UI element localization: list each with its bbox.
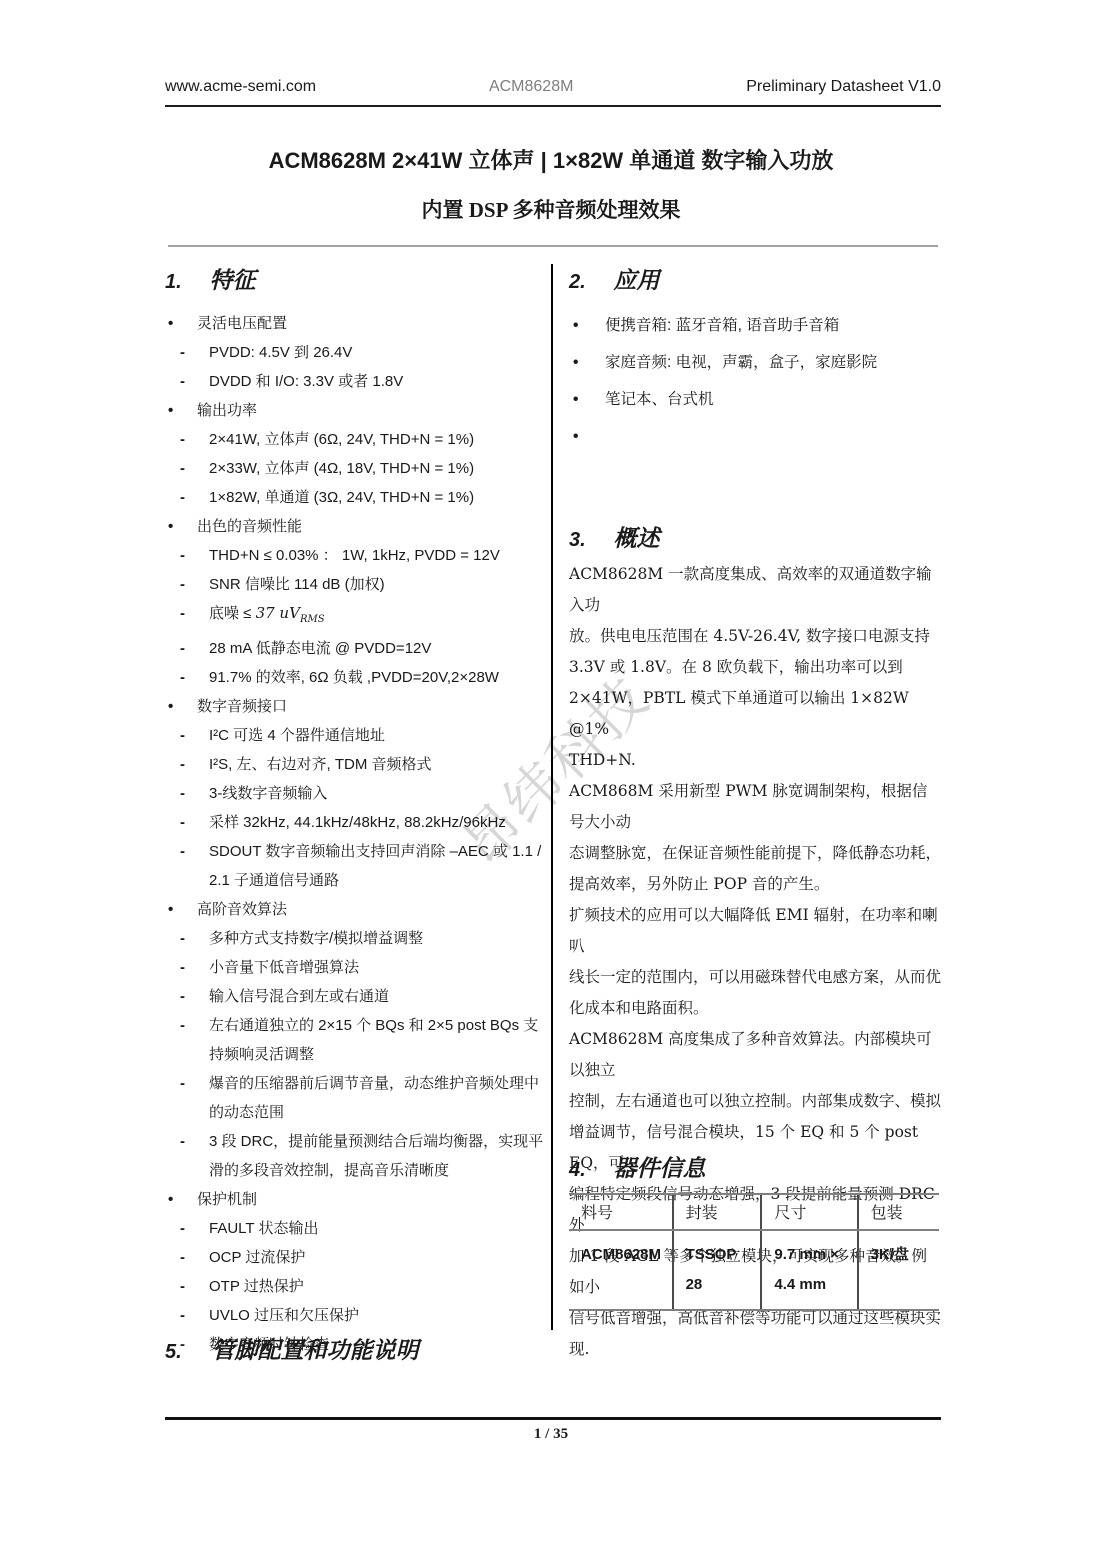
dash-marker: - [180,779,185,808]
application-item: •笔记本、台式机 [569,381,941,418]
section-title: 管脚配置和功能说明 [211,1337,418,1363]
dash-marker: - [180,982,185,1011]
item-text: THD+N ≤ 0.03% ： 1W, 1kHz, PVDD = 12V [209,547,500,564]
header-rule [165,105,941,107]
table-header-cell: 封装 [673,1194,762,1230]
feature-item: -FAULT 状态输出 [165,1214,550,1243]
item-text: 笔记本、台式机 [605,391,714,408]
application-item: •家庭音频: 电视，声霸，盒子，家庭影院 [569,344,941,381]
application-item: •便携音箱: 蓝牙音箱, 语音助手音箱 [569,307,941,344]
item-text: UVLO 过压和欠压保护 [209,1307,359,1324]
section-device-info-heading: 4. 器件信息 [569,1150,941,1183]
dash-marker: - [180,1214,185,1243]
dash-marker: - [180,837,185,866]
section-applications-heading: 2. 应用 [569,262,941,295]
device-info-table: 料号封装尺寸包装ACM8628MTSSOP 289.7 mm × 4.4 mm3… [569,1193,939,1311]
feature-item: -输入信号混合到左或右通道 [165,982,550,1011]
section-applications: 2. 应用 •便携音箱: 蓝牙音箱, 语音助手音箱•家庭音频: 电视，声霸，盒子… [569,262,941,455]
bullet-marker: • [168,692,173,721]
footer-rule [165,1417,941,1420]
column-divider [551,264,553,1330]
table-header-cell: 尺寸 [761,1194,857,1230]
feature-item: -2×33W, 立体声 (4Ω, 18V, THD+N = 1%) [165,454,550,483]
item-text: 输出功率 [197,402,257,419]
dash-marker: - [180,483,185,512]
header-site-url: www.acme-semi.com [165,78,316,96]
dash-marker: - [180,367,185,396]
dash-marker: - [180,570,185,599]
feature-item: -UVLO 过压和欠压保护 [165,1301,550,1330]
dash-marker: - [180,721,185,750]
section-title: 概述 [613,525,659,551]
section-title: 应用 [613,267,659,293]
feature-item: -小音量下低音增强算法 [165,953,550,982]
feature-item: -爆音的压缩器前后调节音量，动态维护音频处理中 的动态范围 [165,1069,550,1127]
feature-item: -1×82W, 单通道 (3Ω, 24V, THD+N = 1%) [165,483,550,512]
feature-item: -DVDD 和 I/O: 3.3V 或者 1.8V [165,367,550,396]
feature-item: -28 mA 低静态电流 @ PVDD=12V [165,634,550,663]
item-text: 出色的音频性能 [197,518,302,535]
document-title: ACM8628M 2×41W 立体声 | 1×82W 单通道 数字输入功放 [0,144,1102,175]
dash-marker: - [180,953,185,982]
item-text: 输入信号混合到左或右通道 [209,988,389,1005]
dash-marker: - [180,1301,185,1330]
feature-item: -OTP 过热保护 [165,1272,550,1301]
dash-marker: - [180,1272,185,1301]
dash-marker: - [180,425,185,454]
item-text: 28 mA 低静态电流 @ PVDD=12V [209,640,431,657]
feature-item: -2×41W, 立体声 (6Ω, 24V, THD+N = 1%) [165,425,550,454]
overview-paragraph: ACM8628M 一款高度集成、高效率的双通道数字输入功 放。供电电压范围在 4… [569,559,941,776]
feature-item: -OCP 过流保护 [165,1243,550,1272]
item-text: 1×82W, 单通道 (3Ω, 24V, THD+N = 1%) [209,489,474,506]
item-text: 2×33W, 立体声 (4Ω, 18V, THD+N = 1%) [209,460,474,477]
item-text: I²C 可选 4 个器件通信地址 [209,727,385,744]
item-text: 3 段 DRC，提前能量预测结合后端均衡器，实现平 滑的多段音效控制，提高音乐清… [209,1133,543,1179]
section-title: 器件信息 [613,1155,705,1181]
page-number: 1 / 35 [0,1426,1102,1443]
bullet-marker: • [573,307,578,344]
feature-item: -多种方式支持数字/模拟增益调整 [165,924,550,953]
datasheet-page: 昂纬科技 www.acme-semi.com ACM8628M Prelimin… [0,0,1102,1559]
item-text: 多种方式支持数字/模拟增益调整 [209,930,423,947]
bullet-marker: • [573,418,578,455]
feature-item: •出色的音频性能 [165,512,550,541]
dash-marker: - [180,338,185,367]
dash-marker: - [180,634,185,663]
item-text: FAULT 状态输出 [209,1220,318,1237]
feature-item: -PVDD: 4.5V 到 26.4V [165,338,550,367]
item-text: 3-线数字音频输入 [209,785,327,802]
dash-marker: - [180,599,185,628]
table-row: ACM8628MTSSOP 289.7 mm × 4.4 mm3K/盘 [569,1230,939,1310]
section-overview-heading: 3. 概述 [569,520,941,553]
item-text: DVDD 和 I/O: 3.3V 或者 1.8V [209,373,403,390]
dash-marker: - [180,924,185,953]
header-part-number: ACM8628M [489,78,573,96]
bullet-marker: • [573,344,578,381]
dash-marker: - [180,454,185,483]
table-header-cell: 料号 [569,1194,673,1230]
table-cell: 9.7 mm × 4.4 mm [761,1230,857,1310]
dash-marker: - [180,1011,185,1040]
feature-item: -I²C 可选 4 个器件通信地址 [165,721,550,750]
feature-item: -91.7% 的效率, 6Ω 负载 ,PVDD=20V,2×28W [165,663,550,692]
overview-paragraph: 扩频技术的应用可以大幅降低 EMI 辐射，在功率和喇叭 线长一定的范围内，可以用… [569,900,941,1024]
item-text: 底噪 ≤ [209,605,256,622]
table-cell: 3K/盘 [858,1230,939,1310]
item-text: OTP 过热保护 [209,1278,304,1295]
item-text: I²S, 左、右边对齐, TDM 音频格式 [209,756,432,773]
section-number: 1. [165,271,205,294]
table-cell: TSSOP 28 [673,1230,762,1310]
item-text: 灵活电压配置 [197,315,287,332]
feature-item: •保护机制 [165,1185,550,1214]
bullet-marker: • [168,895,173,924]
feature-item: •灵活电压配置 [165,309,550,338]
section-pin-config-heading: 5. 管脚配置和功能说明 [165,1332,418,1365]
feature-item: •输出功率 [165,396,550,425]
item-text: OCP 过流保护 [209,1249,305,1266]
feature-item: -采样 32kHz, 44.1kHz/48kHz, 88.2kHz/96kHz [165,808,550,837]
dash-marker: - [180,750,185,779]
item-text: 保护机制 [197,1191,257,1208]
document-subtitle: 内置 DSP 多种音频处理效果 [0,194,1102,224]
title-rule [168,245,938,247]
bullet-marker: • [168,1185,173,1214]
overview-paragraph: ACM868M 采用新型 PWM 脉宽调制架构，根据信号大小动 态调整脉宽，在保… [569,776,941,900]
item-text: 便携音箱: 蓝牙音箱, 语音助手音箱 [605,317,839,334]
dash-marker: - [180,808,185,837]
section-device-info: 4. 器件信息 料号封装尺寸包装ACM8628MTSSOP 289.7 mm ×… [569,1150,941,1311]
bullet-marker: • [168,309,173,338]
dash-marker: - [180,541,185,570]
item-text: 2×41W, 立体声 (6Ω, 24V, THD+N = 1%) [209,431,474,448]
dash-marker: - [180,1243,185,1272]
item-text: 小音量下低音增强算法 [209,959,359,976]
dash-marker: - [180,1127,185,1156]
feature-item: -左右通道独立的 2×15 个 BQs 和 2×5 post BQs 支 持频响… [165,1011,550,1069]
feature-item: -I²S, 左、右边对齐, TDM 音频格式 [165,750,550,779]
applications-list: •便携音箱: 蓝牙音箱, 语音助手音箱•家庭音频: 电视，声霸，盒子，家庭影院•… [569,307,941,455]
feature-item: -THD+N ≤ 0.03% ： 1W, 1kHz, PVDD = 12V [165,541,550,570]
dash-marker: - [180,663,185,692]
dash-marker: - [180,1069,185,1098]
item-text: PVDD: 4.5V 到 26.4V [209,344,352,361]
page-header: www.acme-semi.com ACM8628M Preliminary D… [165,78,941,96]
feature-item: -3-线数字音频输入 [165,779,550,808]
section-number: 5. [165,1341,207,1364]
item-text: 左右通道独立的 2×15 个 BQs 和 2×5 post BQs 支 持频响灵… [209,1017,538,1063]
section-features: 1. 特征 •灵活电压配置-PVDD: 4.5V 到 26.4V-DVDD 和 … [165,262,550,1359]
bullet-marker: • [168,512,173,541]
item-text: 91.7% 的效率, 6Ω 负载 ,PVDD=20V,2×28W [209,669,499,686]
feature-item: -3 段 DRC，提前能量预测结合后端均衡器，实现平 滑的多段音效控制，提高音乐… [165,1127,550,1185]
feature-item: -SNR 信噪比 114 dB (加权) [165,570,550,599]
features-list: •灵活电压配置-PVDD: 4.5V 到 26.4V-DVDD 和 I/O: 3… [165,309,550,1359]
header-doc-version: Preliminary Datasheet V1.0 [746,78,941,96]
section-title: 特征 [209,267,255,293]
section-features-heading: 1. 特征 [165,262,550,295]
bullet-marker: • [168,396,173,425]
section-number: 4. [569,1159,609,1182]
item-text: 爆音的压缩器前后调节音量，动态维护音频处理中 的动态范围 [209,1075,539,1121]
item-text: 采样 32kHz, 44.1kHz/48kHz, 88.2kHz/96kHz [209,814,506,831]
section-number: 2. [569,271,609,294]
item-text: 家庭音频: 电视，声霸，盒子，家庭影院 [605,354,877,371]
bullet-marker: • [573,381,578,418]
item-text: 数字音频接口 [197,698,287,715]
feature-item: •高阶音效算法 [165,895,550,924]
item-text: SDOUT 数字音频输出支持回声消除 –AEC 或 1.1 / 2.1 子通道信… [209,843,541,889]
feature-item: -SDOUT 数字音频输出支持回声消除 –AEC 或 1.1 / 2.1 子通道… [165,837,550,895]
math-expression: 37 uVRMS [256,604,325,622]
table-header-cell: 包装 [858,1194,939,1230]
item-text: 高阶音效算法 [197,901,287,918]
section-number: 3. [569,529,609,552]
feature-item: •数字音频接口 [165,692,550,721]
application-item: • [569,418,941,455]
item-text: SNR 信噪比 114 dB (加权) [209,576,385,593]
two-column-body: 1. 特征 •灵活电压配置-PVDD: 4.5V 到 26.4V-DVDD 和 … [165,262,941,1337]
feature-item: -底噪 ≤ 37 uVRMS [165,599,550,634]
table-cell: ACM8628M [569,1230,673,1310]
